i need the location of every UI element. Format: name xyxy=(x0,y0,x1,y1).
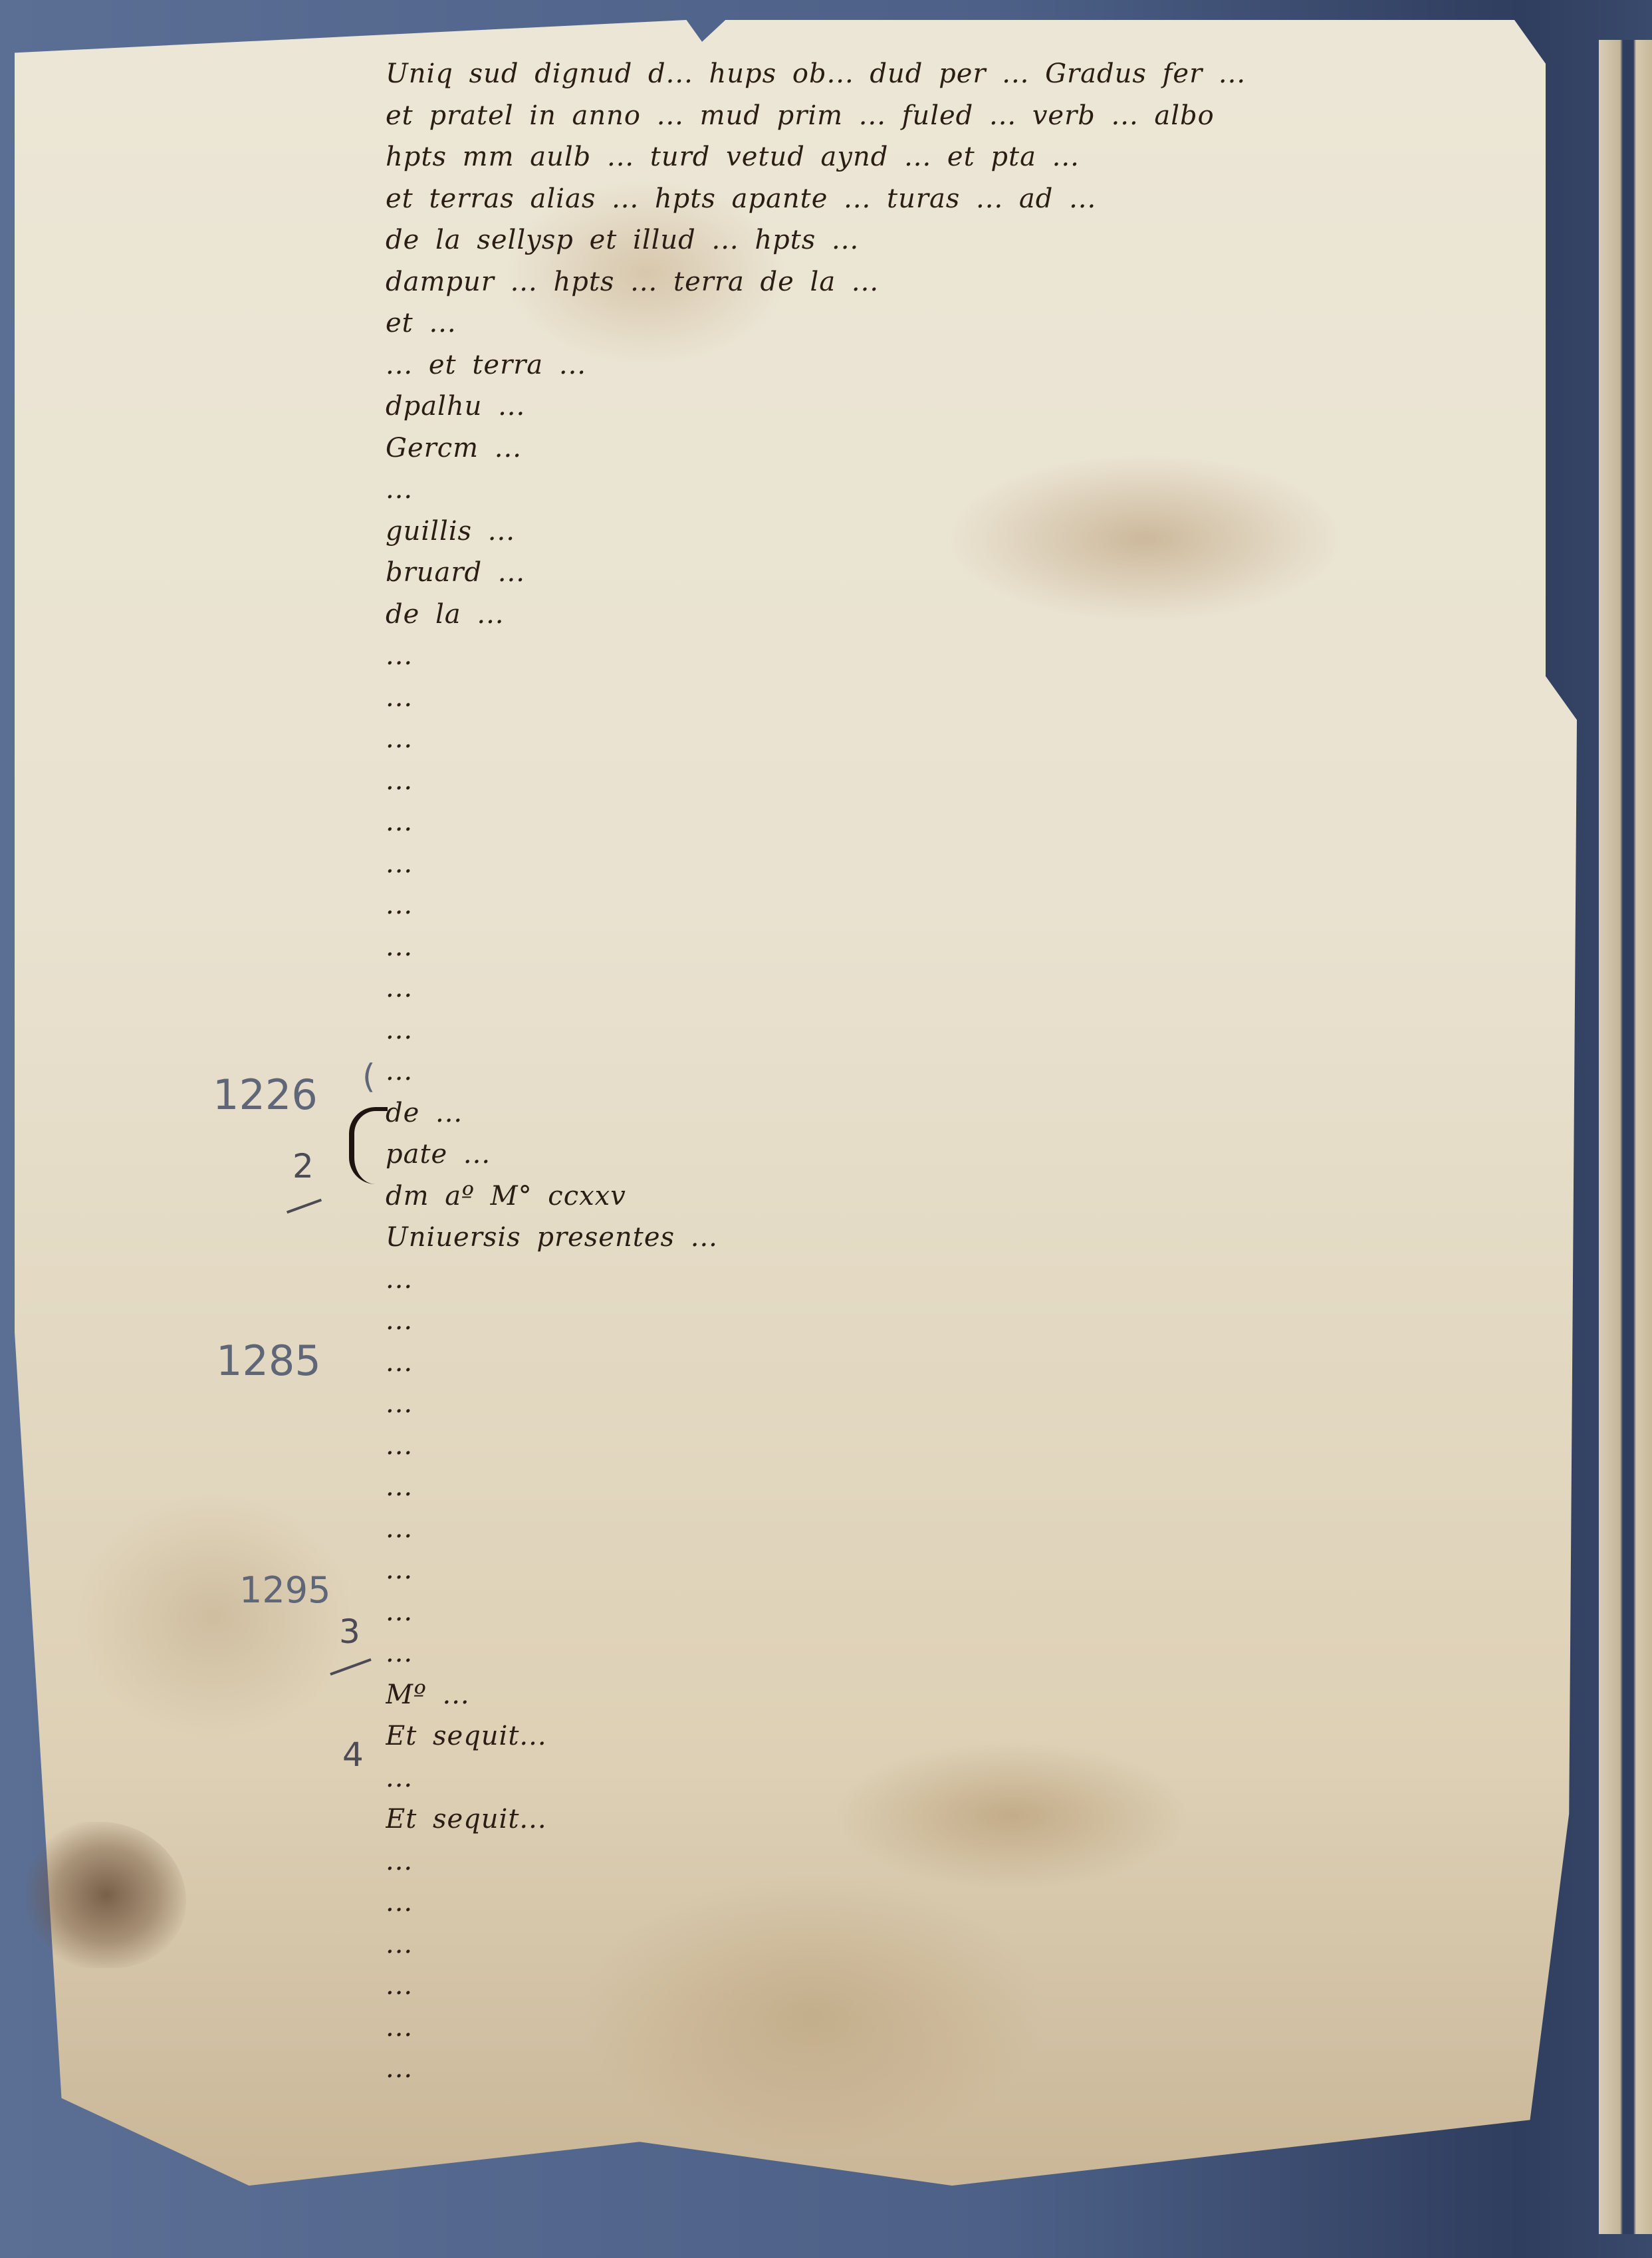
text-line: ... xyxy=(386,1466,1582,1508)
entry-number-3: 3 xyxy=(339,1612,360,1651)
margin-date-1285: 1285 xyxy=(216,1336,321,1385)
text-line: Uniuersis presentes ... xyxy=(386,1217,1582,1259)
text-line: Et sequit... xyxy=(386,1799,1582,1840)
text-line: ... xyxy=(386,1342,1582,1384)
text-line: pate ... xyxy=(386,1134,1582,1176)
text-line: ... xyxy=(386,2007,1582,2049)
text-line: ... xyxy=(386,1924,1582,1965)
text-line: bruard ... xyxy=(386,552,1582,594)
text-line: ... xyxy=(386,1425,1582,1467)
text-line: ... xyxy=(386,1259,1582,1301)
text-line: ... xyxy=(386,1965,1582,2007)
text-line: ... xyxy=(386,1300,1582,1342)
text-line: guillis ... xyxy=(386,511,1582,553)
text-line: ... xyxy=(386,760,1582,802)
text-line: ... xyxy=(386,801,1582,843)
text-line: et terras alias ... hpts apante ... tura… xyxy=(386,178,1582,220)
text-line: de ... xyxy=(386,1092,1582,1134)
dating-line: dm aº M° ccxxv xyxy=(386,1176,1582,1217)
text-line: ... xyxy=(386,926,1582,968)
text-line: ... xyxy=(386,635,1582,677)
text-line: hpts mm aulb ... turd vetud aynd ... et … xyxy=(386,136,1582,178)
text-line: ... xyxy=(386,1508,1582,1550)
text-line: ... xyxy=(386,1051,1582,1092)
text-line: Et sequit... xyxy=(386,1715,1582,1757)
text-line: ... xyxy=(386,677,1582,719)
adjacent-leaves xyxy=(1599,40,1652,2234)
text-line: ... xyxy=(386,2048,1582,2090)
manuscript-text: Uniq sud dignud d... hups ob... dud per … xyxy=(386,53,1582,2090)
text-line: ... xyxy=(386,1549,1582,1591)
text-line: ... xyxy=(386,843,1582,885)
text-line: ... xyxy=(386,1009,1582,1051)
text-line: Uniq sud dignud d... hups ob... dud per … xyxy=(386,53,1582,95)
text-line: ... xyxy=(386,718,1582,760)
text-line: ... xyxy=(386,469,1582,511)
entry-number-4: 4 xyxy=(342,1735,364,1774)
text-line: ... xyxy=(386,1632,1582,1674)
text-line: et ... xyxy=(386,303,1582,344)
text-line: dpalhu ... xyxy=(386,386,1582,428)
text-line: ... xyxy=(386,1383,1582,1425)
text-line: et pratel in anno ... mud prim ... fuled… xyxy=(386,95,1582,137)
text-line: ... xyxy=(386,884,1582,926)
margin-date-1226: 1226 xyxy=(213,1070,318,1119)
text-line: ... xyxy=(386,967,1582,1009)
text-line: ... xyxy=(386,1882,1582,1924)
margin-date-1295: 1295 xyxy=(239,1569,330,1611)
entry-number-2: 2 xyxy=(293,1147,314,1186)
margin-paren: ( xyxy=(362,1057,376,1096)
text-line: ... xyxy=(386,1840,1582,1882)
text-line: dampur ... hpts ... terra de la ... xyxy=(386,261,1582,303)
text-line: ... xyxy=(386,1591,1582,1633)
text-line: ... et terra ... xyxy=(386,344,1582,386)
text-line: Gercm ... xyxy=(386,428,1582,469)
text-line: de la sellysp et illud ... hpts ... xyxy=(386,219,1582,261)
text-line: Mº ... xyxy=(386,1674,1582,1716)
entry-bracket xyxy=(349,1107,388,1184)
text-line: ... xyxy=(386,1757,1582,1799)
text-line: de la ... xyxy=(386,594,1582,636)
